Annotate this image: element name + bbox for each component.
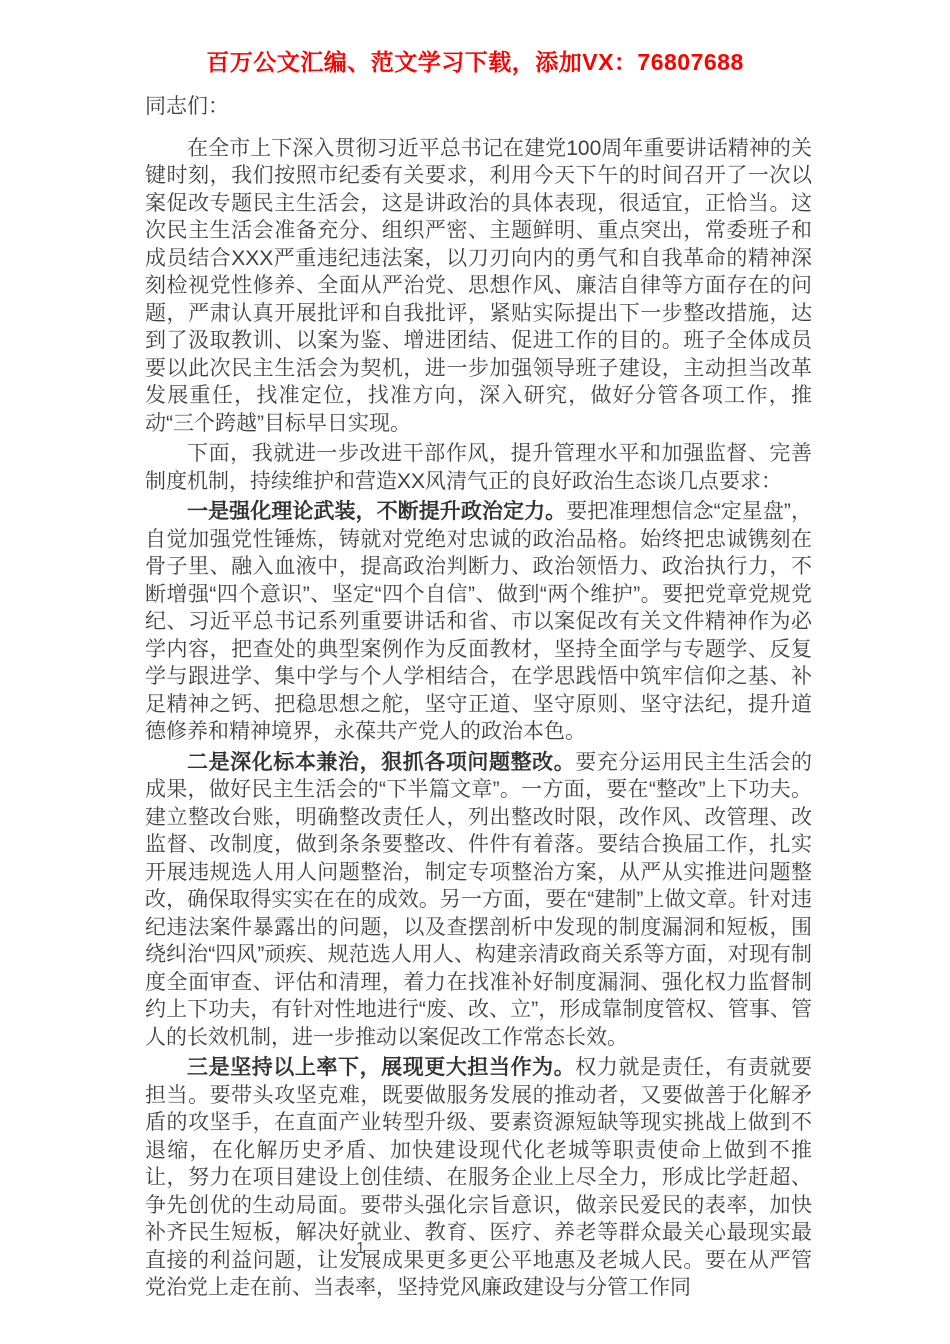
paragraph-intro: 在全市上下深入贯彻习近平总书记在建党100周年重要讲话精神的关键时刻，我们按照市… xyxy=(145,135,812,438)
promo-header-text: 百万公文汇编、范文学习下载，添加VX：76807688 xyxy=(0,0,950,77)
paragraph-point-two: 二是深化标本兼治，狠抓各项问题整改。要充分运用民主生活会的成果，做好民主生活会的… xyxy=(145,749,812,1052)
paragraph-text: 要充分运用民主生活会的成果，做好民主生活会的“下半篇文章”。一方面，要在“整改”… xyxy=(145,751,812,1049)
page-number: 1 xyxy=(356,1240,365,1258)
paragraph-text: 在全市上下深入贯彻习近平总书记在建党100周年重要讲话精神的关键时刻，我们按照市… xyxy=(145,137,812,435)
document-body: 同志们： 在全市上下深入贯彻习近平总书记在建党100周年重要讲话精神的关键时刻，… xyxy=(0,77,950,1302)
paragraph-point-three: 三是坚持以上率下，展现更大担当作为。权力就是责任，有责就要担当。要带头攻坚克难，… xyxy=(145,1054,812,1302)
paragraph-transition: 下面，我就进一步改进干部作风，提升管理水平和加强监督、完善制度机制，持续维护和营… xyxy=(145,440,812,495)
paragraph-point-one: 一是强化理论武装，不断提升政治定力。要把准理想信念“定星盘”，自觉加强党性锤炼，… xyxy=(145,498,812,746)
paragraph-heading: 一是强化理论武装，不断提升政治定力。 xyxy=(187,500,566,523)
paragraph-heading: 二是深化标本兼治，狠抓各项问题整改。 xyxy=(187,751,575,774)
salutation: 同志们： xyxy=(145,93,812,121)
paragraph-text: 下面，我就进一步改进干部作风，提升管理水平和加强监督、完善制度机制，持续维护和营… xyxy=(145,442,812,493)
document-page: 百万公文汇编、范文学习下载，添加VX：76807688 同志们： 在全市上下深入… xyxy=(0,0,950,1344)
paragraph-text: 权力就是责任，有责就要担当。要带头攻坚克难，既要做服务发展的推动者，又要做善于化… xyxy=(145,1056,812,1299)
paragraph-heading: 三是坚持以上率下，展现更大担当作为。 xyxy=(187,1056,575,1079)
paragraph-text: 要把准理想信念“定星盘”，自觉加强党性锤炼，铸就对党绝对忠诚的政治品格。始终把忠… xyxy=(145,500,812,743)
